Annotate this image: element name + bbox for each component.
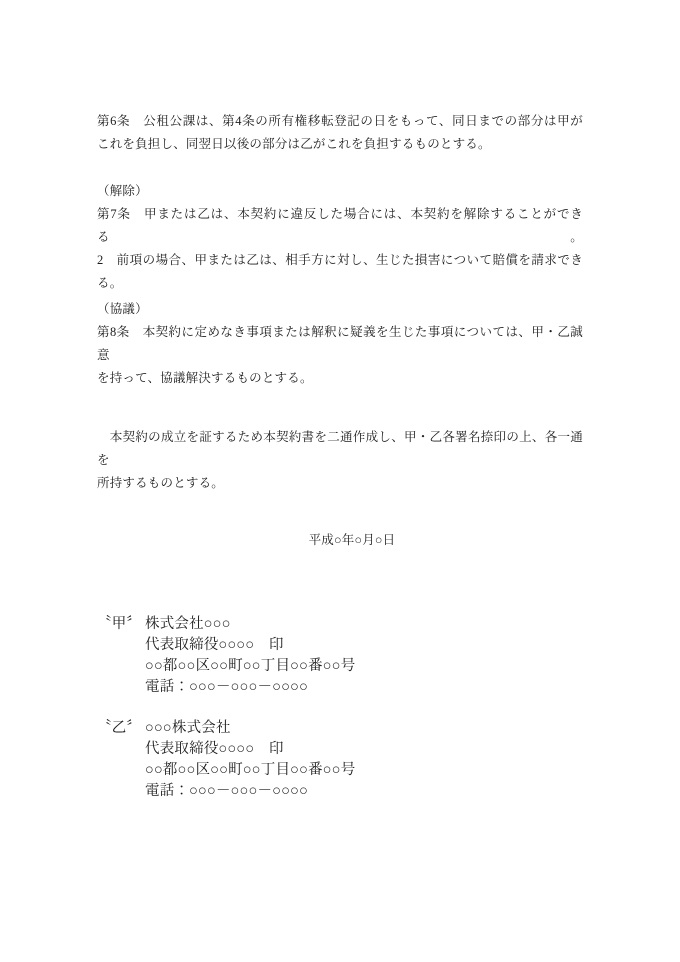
article-8-heading: （協議） — [97, 298, 583, 321]
text-column: 第6条 公租公課は、第4条の所有権移転登記の日をもって、同日までの部分は甲が こ… — [97, 110, 583, 802]
party-a-company-name: 株式会社○○○ — [145, 614, 583, 635]
party-b-address: ○○都○○区○○町○○丁目○○番○○号 — [145, 760, 583, 781]
article-8-line: 第8条 本契約に定めなき事項または解釈に疑義を生じた事項については、甲・乙誠意 — [97, 321, 583, 367]
article-7-line: 2 前項の場合、甲または乙は、相手方に対し、生じた損害について賠償を請求でき — [97, 249, 583, 272]
party-b-representative-seal: 代表取締役○○○○ 印 — [145, 739, 583, 760]
closing-line: 本契約の成立を証するため本契約書を二通作成し、甲・乙各署名捺印の上、各一通を — [97, 426, 583, 472]
contract-document-page: 第6条 公租公課は、第4条の所有権移転登記の日をもって、同日までの部分は甲が こ… — [0, 0, 680, 962]
date-line: 平成○年○月○日 — [97, 529, 583, 552]
party-a-phone: 電話：○○○－○○○－○○○○ — [145, 677, 583, 698]
party-a-address: ○○都○○区○○町○○丁目○○番○○号 — [145, 656, 583, 677]
party-b-signature-block: 〝乙〞 ○○○株式会社 代表取締役○○○○ 印 ○○都○○区○○町○○丁目○○番… — [97, 718, 583, 802]
party-a-label: 〝甲〞 — [97, 614, 145, 698]
article-8-line: を持って、協議解決するものとする。 — [97, 367, 583, 390]
closing-line: 所持するものとする。 — [97, 472, 583, 495]
party-b-label: 〝乙〞 — [97, 718, 145, 802]
article-8-section: （協議） 第8条 本契約に定めなき事項または解釈に疑義を生じた事項については、甲… — [97, 298, 583, 390]
party-b-company-name: ○○○株式会社 — [145, 718, 583, 739]
article-6-line: これを負担し、同翌日以後の部分は乙がこれを負担するものとする。 — [97, 133, 583, 156]
article-6-clause: 第6条 公租公課は、第4条の所有権移転登記の日をもって、同日までの部分は甲が こ… — [97, 110, 583, 156]
party-b-details: ○○○株式会社 代表取締役○○○○ 印 ○○都○○区○○町○○丁目○○番○○号 … — [145, 718, 583, 802]
article-7-heading: （解除） — [97, 180, 583, 203]
article-7-section: （解除） 第7条 甲または乙は、本契約に違反した場合には、本契約を解除することが… — [97, 180, 583, 295]
article-7-line: 第7条 甲または乙は、本契約に違反した場合には、本契約を解除することができる。 — [97, 203, 583, 249]
party-a-signature-block: 〝甲〞 株式会社○○○ 代表取締役○○○○ 印 ○○都○○区○○町○○丁目○○番… — [97, 614, 583, 698]
party-a-representative-seal: 代表取締役○○○○ 印 — [145, 635, 583, 656]
closing-statement: 本契約の成立を証するため本契約書を二通作成し、甲・乙各署名捺印の上、各一通を 所… — [97, 426, 583, 495]
article-7-line: る。 — [97, 272, 583, 295]
party-a-details: 株式会社○○○ 代表取締役○○○○ 印 ○○都○○区○○町○○丁目○○番○○号 … — [145, 614, 583, 698]
article-6-line: 第6条 公租公課は、第4条の所有権移転登記の日をもって、同日までの部分は甲が — [97, 110, 583, 133]
party-b-phone: 電話：○○○－○○○－○○○○ — [145, 781, 583, 802]
